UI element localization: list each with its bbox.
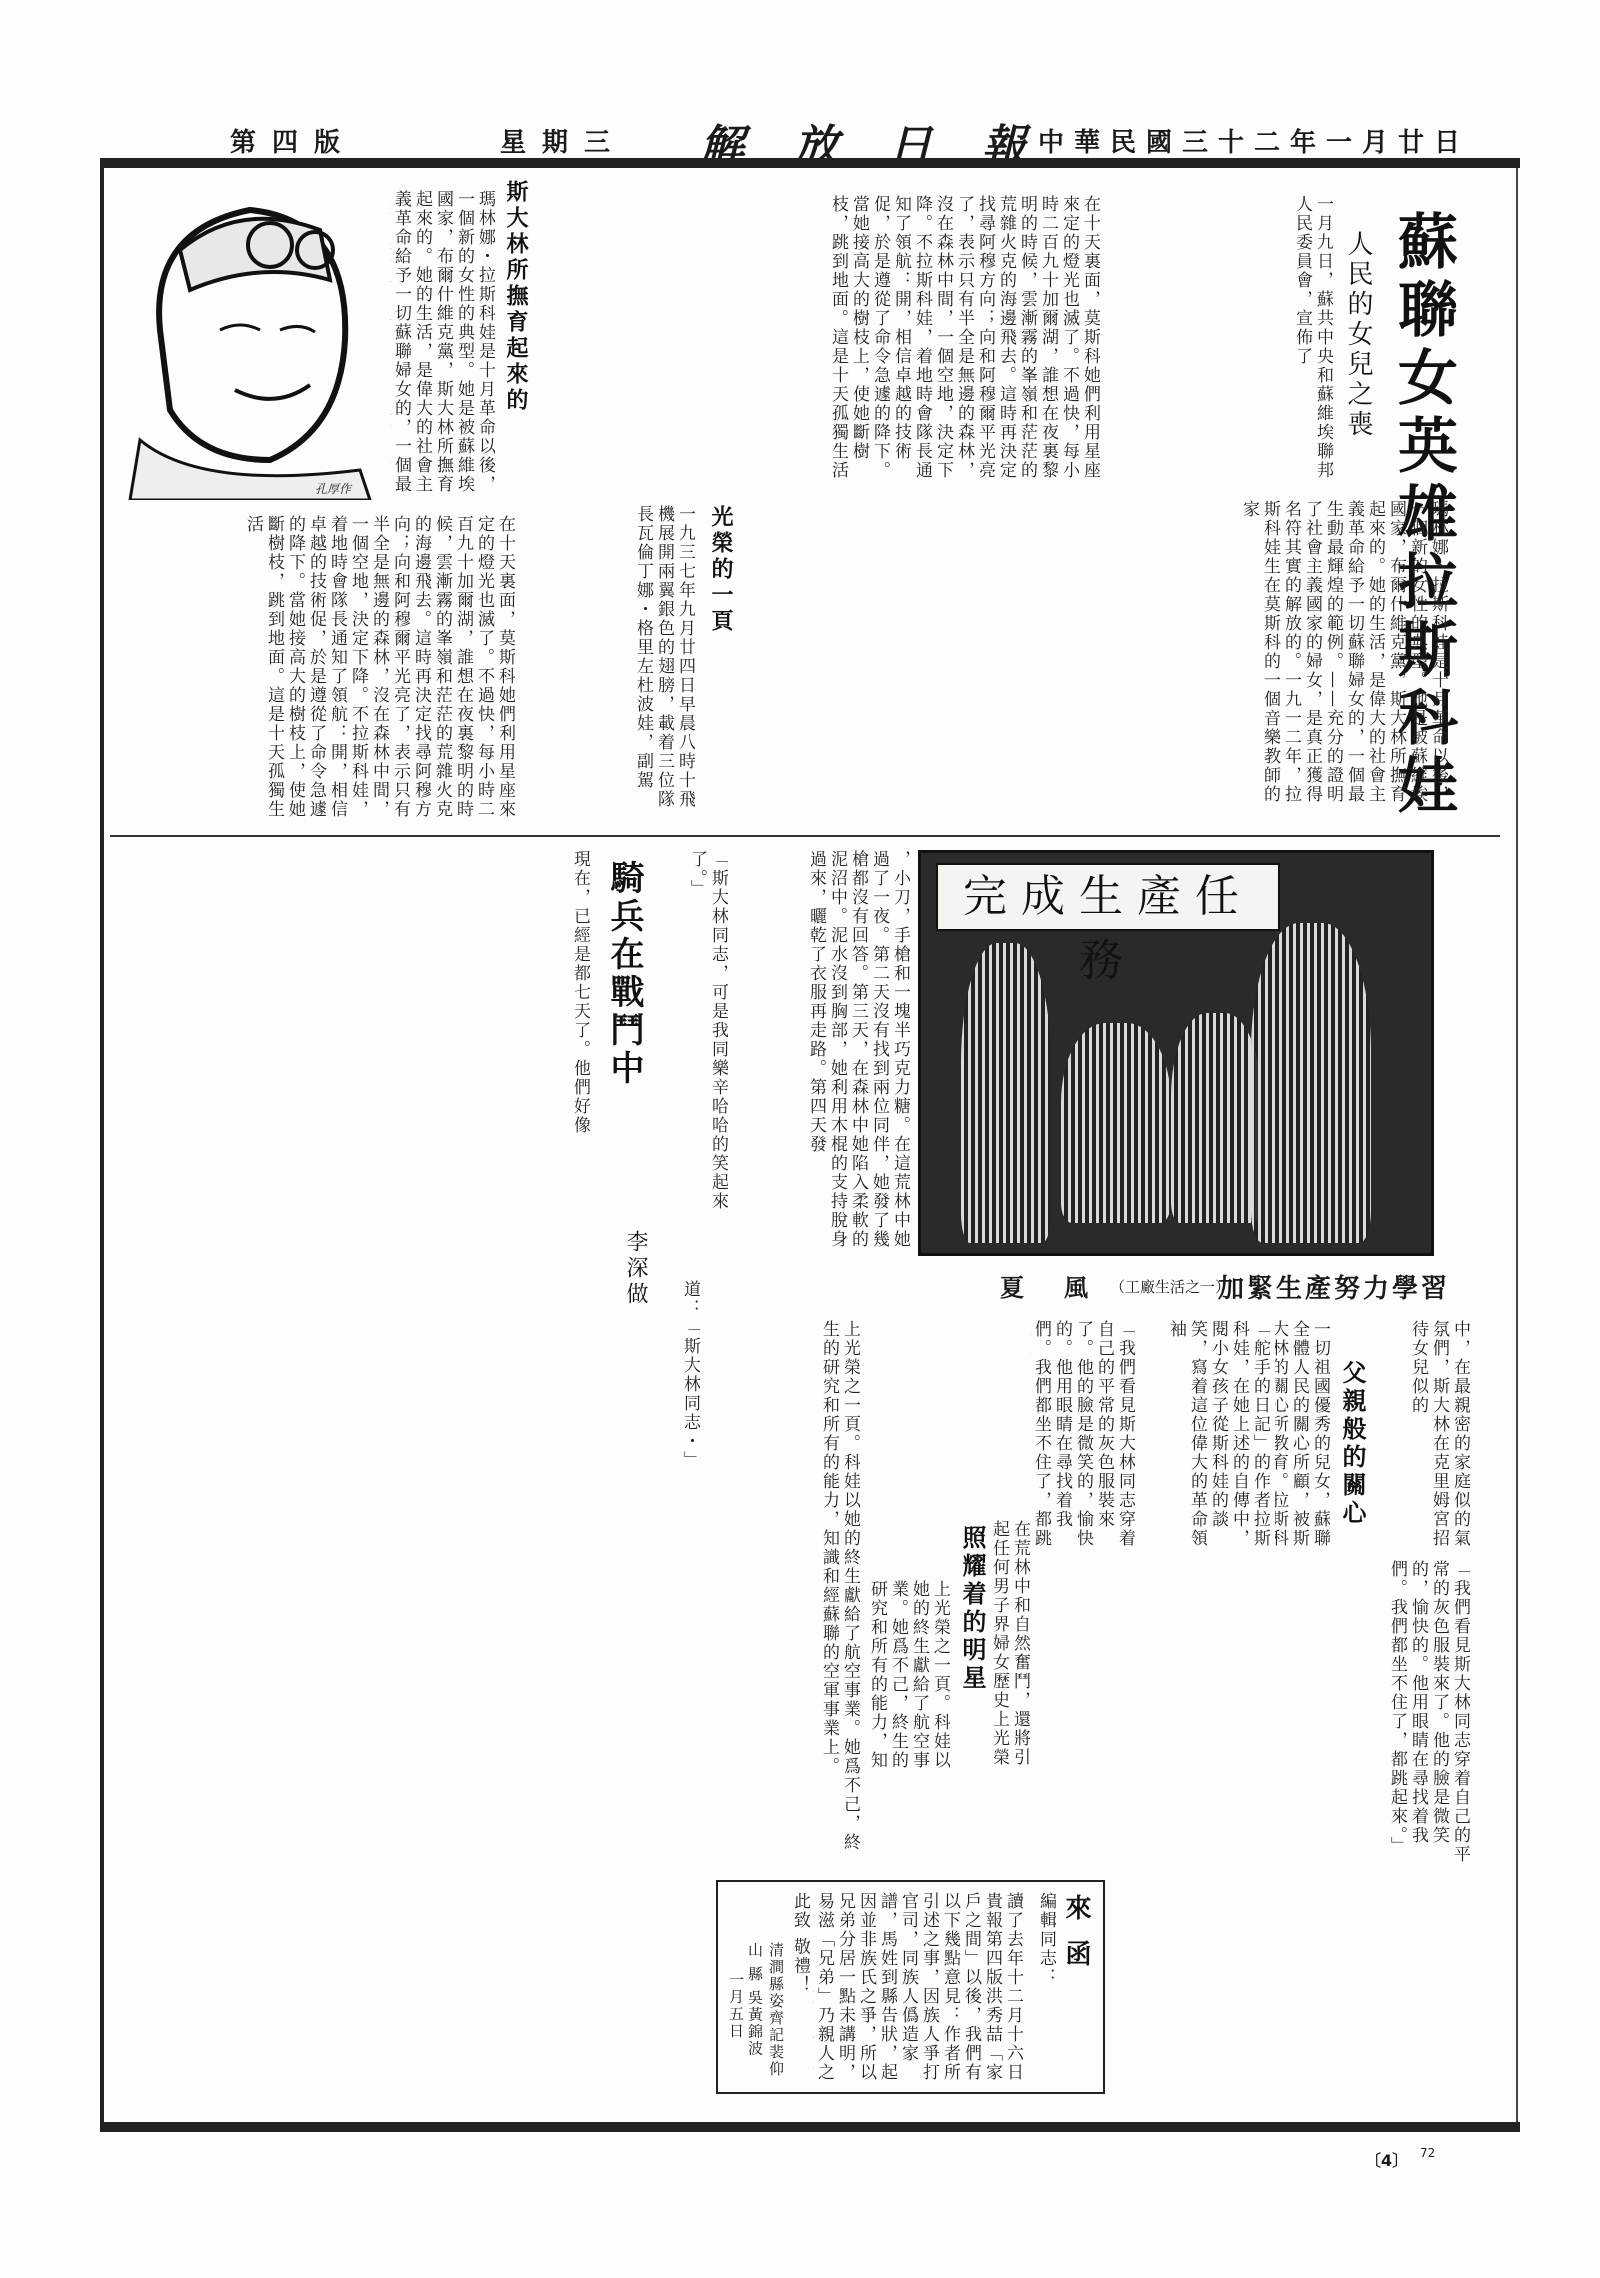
caption-author: 夏風 [1000, 1268, 1128, 1303]
page-number: 72 [1420, 2146, 1435, 2160]
stalin-quote-text: 「斯大林同志，可是我同樂辛哈哈的笑起來了。」 [668, 850, 728, 1250]
letter-closing: 此致 敬禮！ [788, 1892, 810, 2082]
headline-cavalry: 騎兵在戰鬥中 [600, 860, 649, 1088]
portrait-illustration [120, 190, 380, 500]
fatherly-quote: 「我們看見斯大林同志穿着自己的平常的灰色服裝來了。他的臉是微笑的，愉快的。他用眼… [1030, 1320, 1135, 1550]
raskova-body-upper: 在十天裏面，莫斯科她們利用星座來定的燈光也滅了。不過快，每小時二百九十加爾湖，誰… [700, 195, 1100, 495]
raskova-intro-text: 瑪林娜・拉斯科娃是十月革命以後，一個新的女性的典型。她是被蘇維埃國家，布爾什維克… [1108, 500, 1448, 820]
raskova-continuation: 上光榮之一頁。科娃以她的終生獻給了航空事業。她爲不己，終生的研究和所有的能力，知… [710, 1320, 860, 1870]
letter-salutation: 編輯同志： [1028, 1892, 1056, 2082]
heading-stalin: 斯大林所撫育起來的 [500, 180, 531, 414]
worker-figure [1061, 1023, 1171, 1223]
worker-figure [1251, 923, 1371, 1243]
fatherly-body-lower: 「我們看見斯大林同志穿着自己的平常的灰色服裝來了。他的臉是微笑的，愉快的。他用眼… [1030, 1560, 1470, 1870]
woodcut-illustration: 完成生產任務 [918, 850, 1434, 1256]
edition-label: 第四版 [230, 122, 356, 159]
woodcut-caption: 加緊生產努力學習 （工廠生活之一） 夏風 [1000, 1268, 1460, 1308]
letter-to-editor-box: 來函 編輯同志： 讀了去年十二月十六日貴報第四版洪秀喆「家戶之間」以後，我們有以… [716, 1880, 1105, 2094]
worker-figure [961, 943, 1051, 1243]
portrait-signature: 孔厚作 [315, 480, 351, 497]
page-marker: 〔4〕 [1365, 2148, 1408, 2171]
masthead-rule [100, 158, 1520, 168]
heading-fatherly-care: 父親般的關心 [1335, 1360, 1370, 1528]
shining-star-lead: 在荒林中和自然奮鬥，還將引起任何男子界婦女歷史上光榮之一頁。」 [990, 1520, 1030, 1770]
fatherly-passage-a: 「舵手的日記」的作者拉斯科娃，在她上述的自傳中，閱小女孩子從斯科娃的談笑，寫着這… [1140, 1320, 1270, 1550]
forest-detail-text: ，小刀，手槍和一塊半巧克力糖。在這荒林中她過了一夜。第二天沒有找到兩位同伴，她發… [735, 850, 910, 1250]
letter-signatures: 清澗縣姿齊記裴仰山 縣 吳黃錦波 [748, 1942, 786, 2082]
forest-landing-text: 在十天裏面，莫斯科她們利用星座來定的燈光也滅了。不過快，每小時二百九十加爾湖，誰… [120, 515, 515, 835]
raskova-lead-text: 一月九日，蘇共中央和蘇維埃聯邦人民委員會，宣佈了 [1108, 195, 1333, 495]
caption-subtitle: （工廠生活之一） [1110, 1276, 1230, 1297]
cavalry-body-lower: 道：「斯大林同志・」 [120, 1280, 700, 2120]
letter-title: 來函 [1058, 1894, 1095, 1986]
weekday-label: 星期三 [500, 122, 626, 159]
worker-figure [1171, 1013, 1261, 1223]
shining-star-text: 上光榮之一頁。科娃以她的終生獻給了航空事業。她爲不己，終生的研究和所有的能力，知… [870, 1580, 950, 1780]
subheadline-raskova: 人民的女兒之喪 [1340, 230, 1377, 440]
stalin-section-text: 瑪林娜・拉斯科娃是十月革命以後，一個新的女性的典型。她是被蘇維埃國家，布爾什維克… [390, 190, 495, 510]
bottom-rule [100, 2122, 1520, 2132]
issue-date: 中華民國三十二年一月廿日 [1038, 122, 1470, 159]
newspaper-page: 第四版 星期三 解放日報 中華民國三十二年一月廿日 蘇聯女英雄拉斯科娃 人民的女… [0, 0, 1600, 2278]
cavalry-body-upper: 現在，已經是都七天了。他們好像 [120, 850, 590, 1270]
fatherly-lead-text: 一切祖國優秀的兒女，蘇聯全體人民的關心所顧，被斯大林的關心所教育。拉斯科娃說， [1275, 1320, 1330, 1550]
fatherly-passage-b: 中，在最親密的家庭似的氣氛們，斯大林在克里姆宮招待女兒似的 [1370, 1320, 1470, 1550]
brilliant-page-text: 一九三七年九月廿四日早晨八時十飛機展開兩翼銀色的翅膀，載着三位隊長瓦倫丁娜・格里… [520, 505, 695, 825]
section-divider [110, 835, 1500, 837]
heading-shining-star: 照耀着的明星 [955, 1525, 990, 1693]
letter-date: 一月五日 [726, 1972, 746, 2082]
heading-brilliant-page: 光榮的一頁 [705, 505, 736, 635]
letter-body: 讀了去年十二月十六日貴報第四版洪秀喆「家戶之間」以後，我們有以下幾點意見：作者所… [813, 1892, 1023, 2082]
woodcut-sign: 完成生產任務 [936, 863, 1280, 931]
caption-title: 加緊生產努力學習 [1218, 1268, 1450, 1305]
